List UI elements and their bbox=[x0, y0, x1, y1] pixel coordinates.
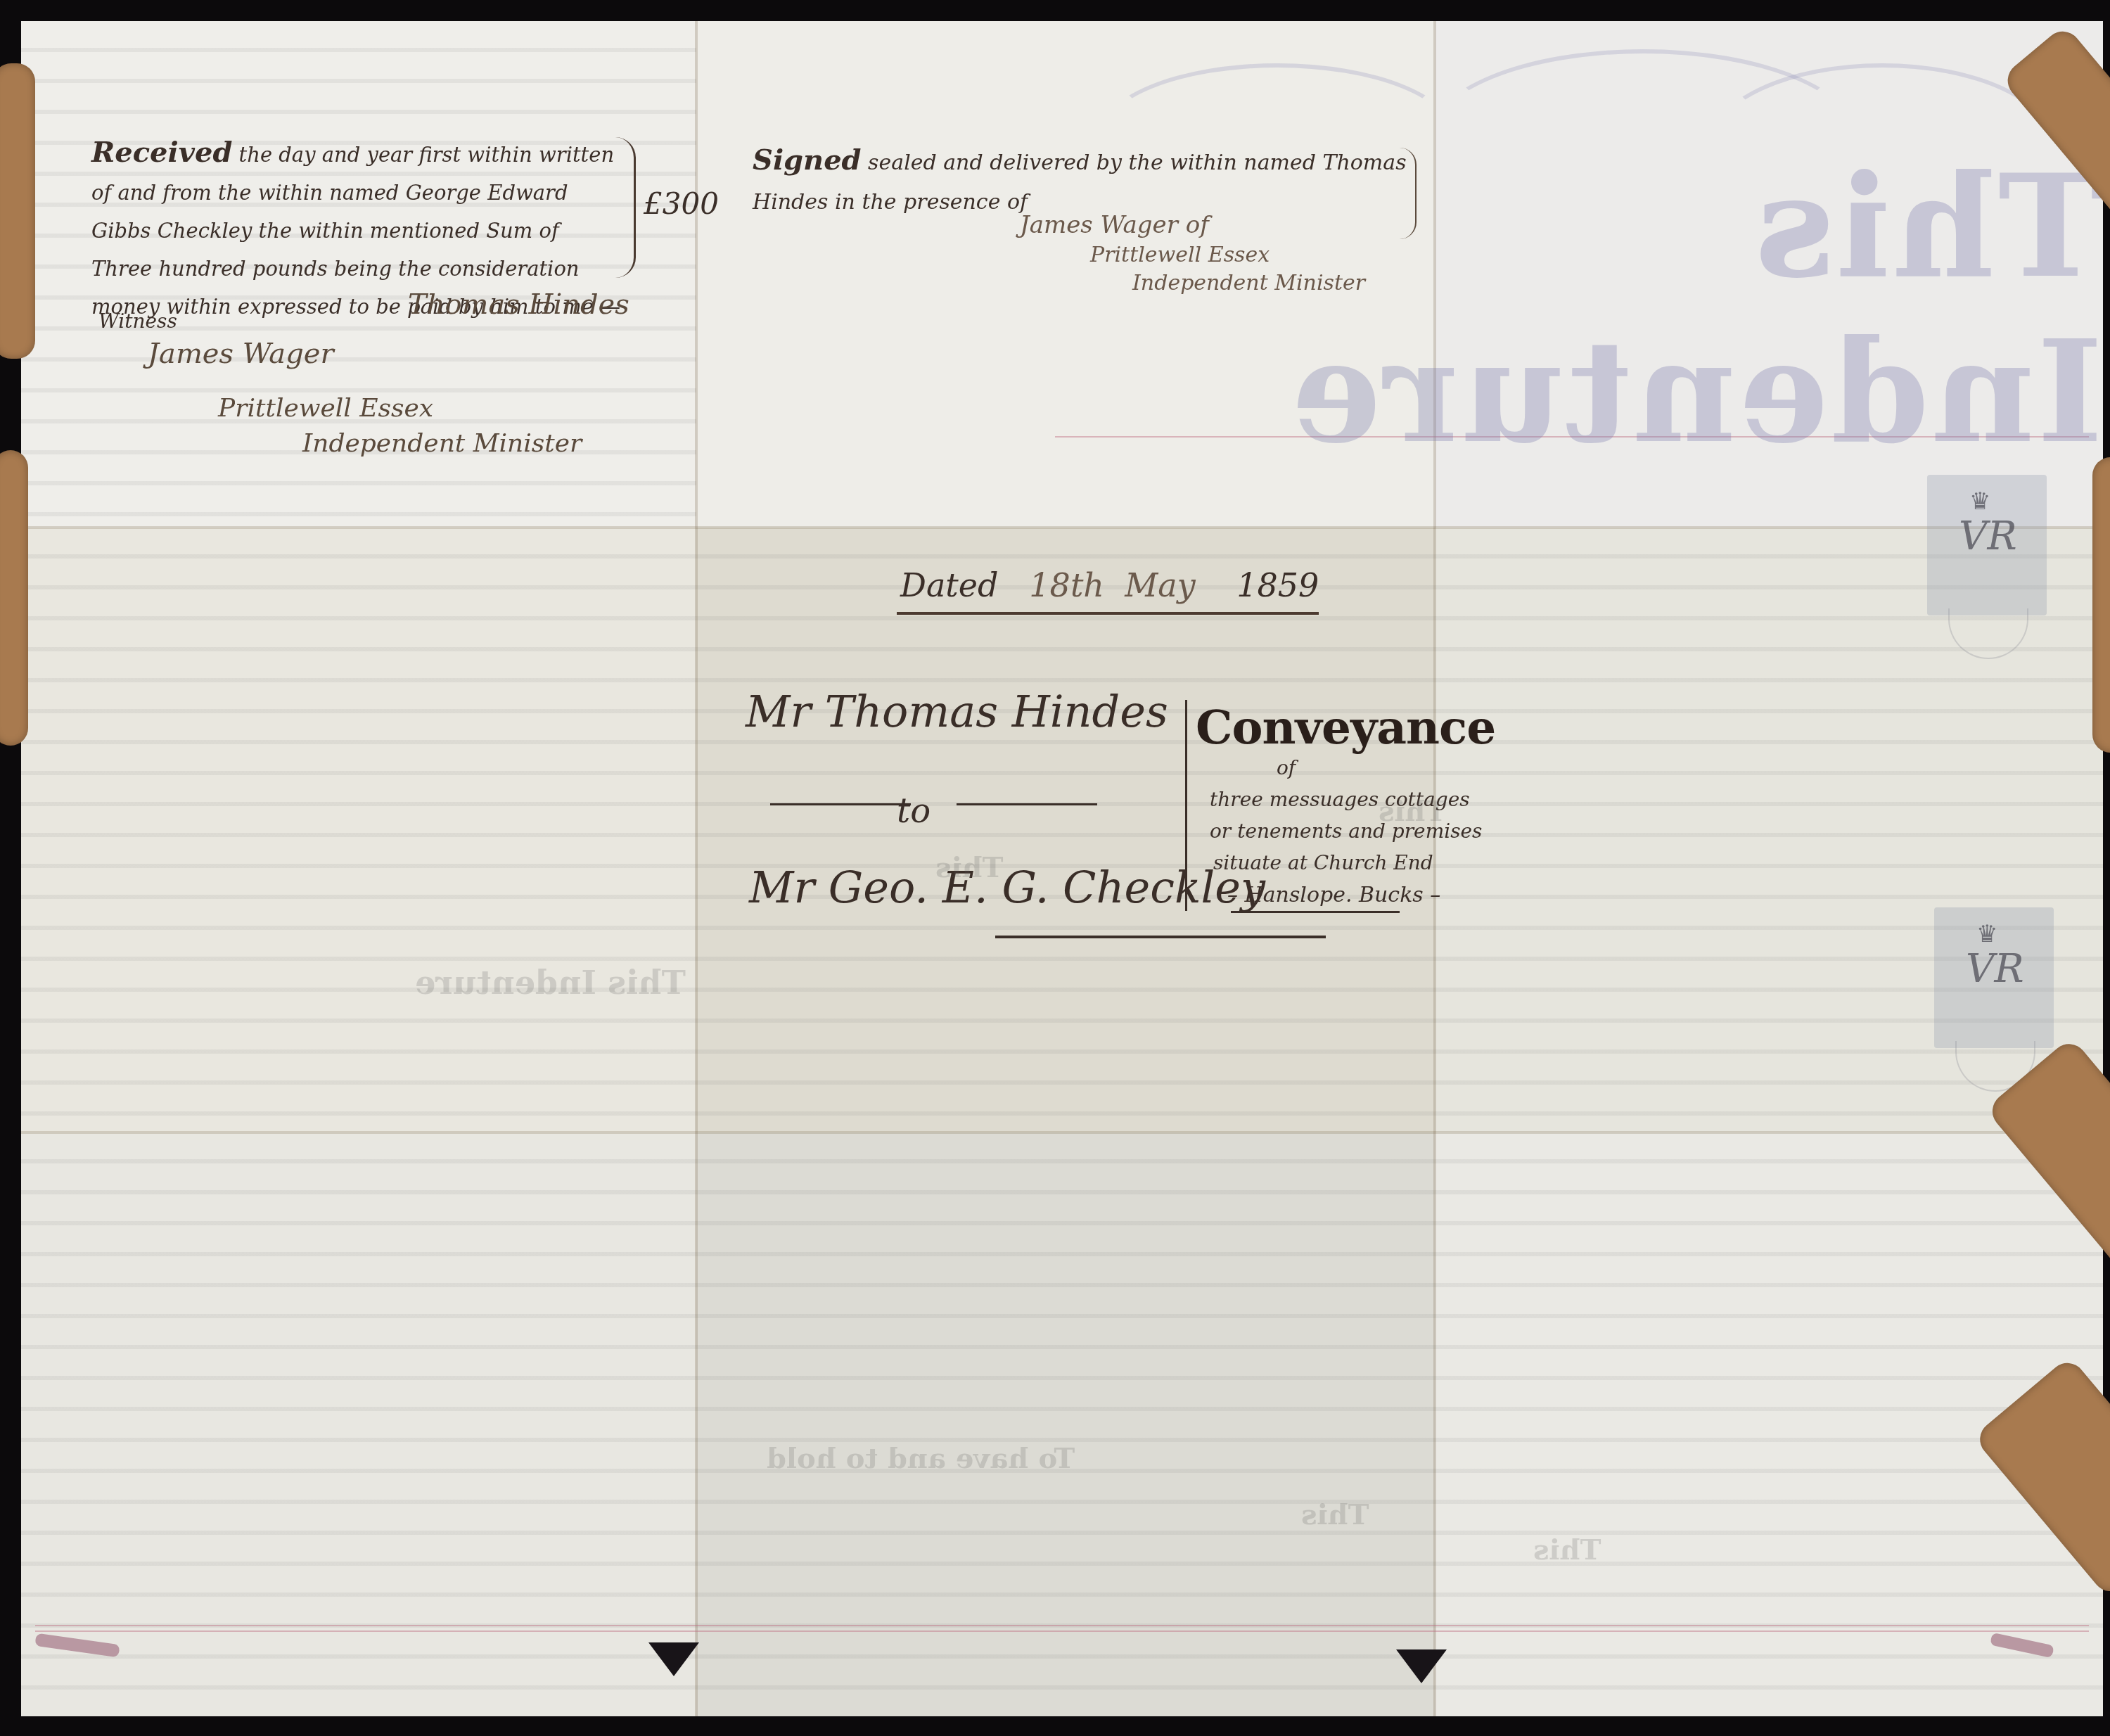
execution-lead-word: Signed bbox=[753, 143, 862, 177]
showthrough-text: This bbox=[935, 851, 1004, 884]
execution-witness-place: Prittlewell Essex bbox=[1090, 243, 1270, 267]
crown-icon: ♛ bbox=[1976, 920, 1997, 948]
fold-line-upper bbox=[21, 526, 2103, 529]
property-location-line: – Hanslope. Bucks – bbox=[1227, 883, 1440, 907]
property-description-line: situate at Church End bbox=[1213, 851, 1433, 874]
endorsement-divider bbox=[1185, 700, 1187, 911]
receipt-witness-occupation: Independent Minister bbox=[302, 429, 582, 458]
deed-sheet: This Indenture Received the day and year… bbox=[21, 21, 2103, 1716]
red-margin-rule-bottom-2 bbox=[35, 1630, 2089, 1632]
showthrough-text: This bbox=[1533, 1533, 1601, 1566]
property-underline bbox=[1231, 911, 1400, 913]
date-underline bbox=[897, 612, 1319, 615]
date-month: May bbox=[1125, 566, 1196, 604]
fold-clip-right bbox=[1396, 1649, 1447, 1683]
cork-mount-left-lower bbox=[0, 450, 28, 746]
crown-icon: ♛ bbox=[1969, 487, 1990, 516]
execution-clause: Signed sealed and delivered by the withi… bbox=[753, 141, 1407, 222]
fold-line-left bbox=[695, 21, 698, 1716]
endorsement-underline bbox=[995, 936, 1326, 938]
panel-bottom-middle bbox=[696, 1132, 1435, 1716]
dated-label: Dated bbox=[900, 566, 998, 604]
execution-witness-name: James Wager of bbox=[1020, 211, 1209, 239]
red-margin-rule-bottom bbox=[35, 1625, 2089, 1626]
deed-of-word: of bbox=[1277, 756, 1296, 779]
witness-label: Witness bbox=[98, 309, 177, 333]
receipt-amount: £300 bbox=[644, 186, 719, 221]
execution-brace bbox=[1400, 148, 1417, 239]
date-year: 1859 bbox=[1236, 566, 1319, 604]
to-rule-right bbox=[957, 803, 1097, 805]
to-rule-left bbox=[770, 803, 911, 805]
showthrough-text: To have and to hold bbox=[767, 1442, 1075, 1475]
fold-clip-left bbox=[648, 1642, 699, 1676]
panel-middle-left bbox=[21, 528, 696, 1132]
endorsement-date: Dated 18th May 1859 bbox=[900, 566, 1319, 604]
grantee-name: Mr Geo. E. G. Checkley bbox=[749, 862, 1265, 913]
panel-bottom-left bbox=[21, 1132, 696, 1716]
showthrough-text: This bbox=[1379, 795, 1447, 828]
fold-line-lower bbox=[21, 1131, 2103, 1134]
showthrough-text: This bbox=[1301, 1498, 1369, 1531]
embossed-revenue-stamp-upper: ♛ VR bbox=[1927, 475, 2047, 615]
embossed-revenue-stamp-lower: ♛ VR bbox=[1934, 907, 2054, 1048]
signature-thomas-hindes: Thomas Hindes bbox=[408, 288, 629, 321]
grantor-name: Mr Thomas Hindes bbox=[746, 686, 1168, 737]
cork-mount-left-upper bbox=[0, 63, 35, 359]
cork-mount-right-middle bbox=[2092, 457, 2110, 753]
execution-witness-occupation: Independent Minister bbox=[1132, 271, 1365, 295]
deed-type-heading: Conveyance bbox=[1196, 700, 1495, 755]
receipt-brace bbox=[615, 137, 636, 278]
royal-cipher-icon: VR bbox=[1959, 513, 2017, 559]
royal-cipher-icon: VR bbox=[1966, 946, 2024, 992]
receipt-witness-place: Prittlewell Essex bbox=[218, 394, 433, 423]
receipt-lead-word: Received bbox=[91, 136, 232, 169]
execution-text-1: sealed and delivered by the within named… bbox=[868, 151, 1406, 175]
showthrough-text: This Indenture bbox=[415, 964, 686, 1002]
to-word: to bbox=[897, 791, 931, 831]
receipt-witness-name: James Wager bbox=[148, 338, 334, 370]
date-day: 18th bbox=[1029, 566, 1104, 604]
